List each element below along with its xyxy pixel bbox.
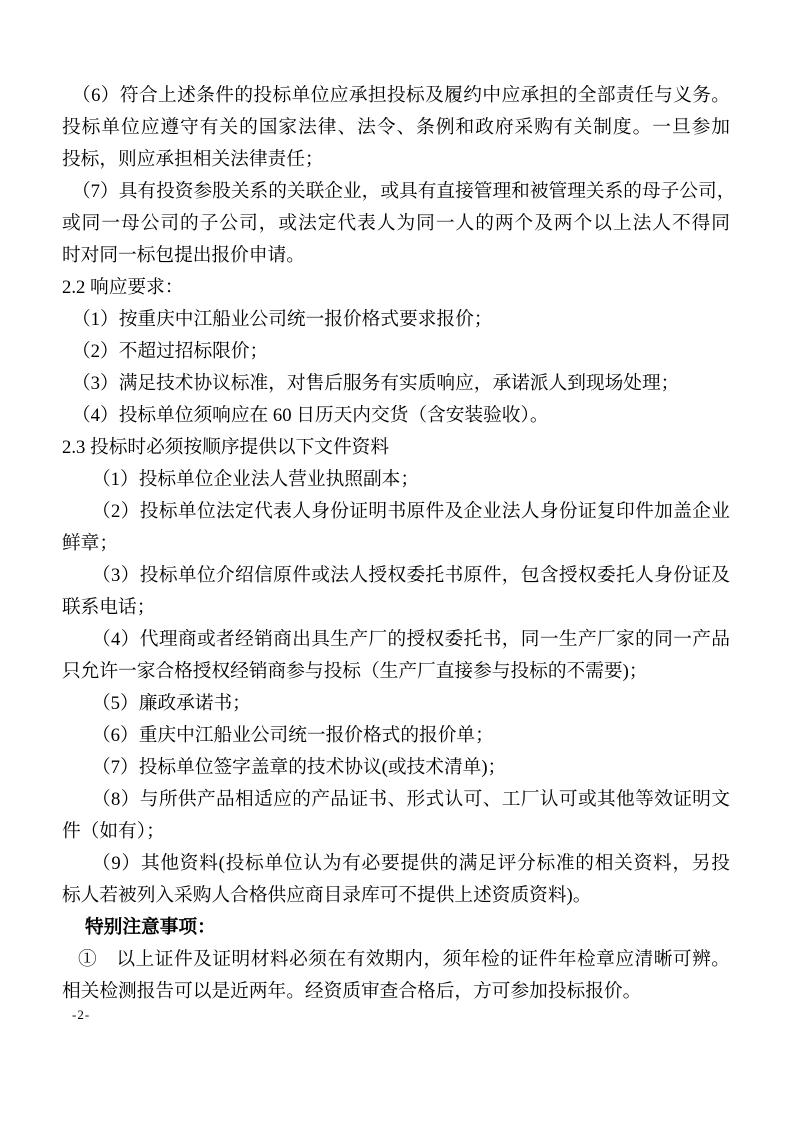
text-line: （6）重庆中江船业公司统一报价格式的报价单； <box>62 720 730 752</box>
page-number: -2- <box>72 1007 90 1023</box>
text-line: 时对同一标包提出报价申请。 <box>62 240 730 272</box>
text-line: 标人若被列入采购人合格供应商目录库可不提供上述资质资料)。 <box>62 880 730 912</box>
text-line: （5）廉政承诺书； <box>62 688 730 720</box>
text-line: （3）满足技术协议标准，对售后服务有实质响应，承诺派人到现场处理； <box>62 368 730 400</box>
text-line: 只允许一家合格授权经销商参与投标（生产厂直接参与投标的不需要)； <box>62 656 730 688</box>
text-line: （4）投标单位须响应在 60 日历天内交货（含安装验收）。 <box>62 400 730 432</box>
text-line: （6）符合上述条件的投标单位应承担投标及履约中应承担的全部责任与义务。 <box>62 80 730 112</box>
text-line: （7）投标单位签字盖章的技术协议(或技术清单)； <box>62 752 730 784</box>
text-line: （3）投标单位介绍信原件或法人授权委托书原件，包含授权委托人身份证及 <box>62 560 730 592</box>
text-line: 联系电话； <box>62 592 730 624</box>
text-line: 相关检测报告可以是近两年。经资质审查合格后，方可参加投标报价。 <box>62 976 730 1008</box>
text-line: （7）具有投资参股关系的关联企业，或具有直接管理和被管理关系的母子公司， <box>62 176 730 208</box>
text-line: 或同一母公司的子公司，或法定代表人为同一人的两个及两个以上法人不得同 <box>62 208 730 240</box>
text-line: 件（如有）； <box>62 816 730 848</box>
text-line: 投标，则应承担相关法律责任； <box>62 144 730 176</box>
section-heading-line: 特别注意事项： <box>62 912 730 944</box>
text-line: （4）代理商或者经销商出具生产厂的授权委托书，同一生产厂家的同一产品 <box>62 624 730 656</box>
text-line: （2）投标单位法定代表人身份证明书原件及企业法人身份证复印件加盖企业 <box>62 496 730 528</box>
text-line: （8）与所供产品相适应的产品证书、形式认可、工厂认可或其他等效证明文 <box>62 784 730 816</box>
document-body: （6）符合上述条件的投标单位应承担投标及履约中应承担的全部责任与义务。投标单位应… <box>62 80 730 1008</box>
text-line: 2.2 响应要求： <box>62 272 730 304</box>
text-line: （1）投标单位企业法人营业执照副本； <box>62 464 730 496</box>
text-line: （2）不超过招标限价； <box>62 336 730 368</box>
text-line: 鲜章； <box>62 528 730 560</box>
text-line: ① 以上证件及证明材料必须在有效期内，须年检的证件年检章应清晰可辨。 <box>62 944 730 976</box>
text-line: 2.3 投标时必须按顺序提供以下文件资料 <box>62 432 730 464</box>
text-line: （9）其他资料(投标单位认为有必要提供的满足评分标准的相关资料，另投 <box>62 848 730 880</box>
text-line: 投标单位应遵守有关的国家法律、法令、条例和政府采购有关制度。一旦参加 <box>62 112 730 144</box>
text-line: （1）按重庆中江船业公司统一报价格式要求报价； <box>62 304 730 336</box>
document-page: （6）符合上述条件的投标单位应承担投标及履约中应承担的全部责任与义务。投标单位应… <box>0 0 793 1122</box>
